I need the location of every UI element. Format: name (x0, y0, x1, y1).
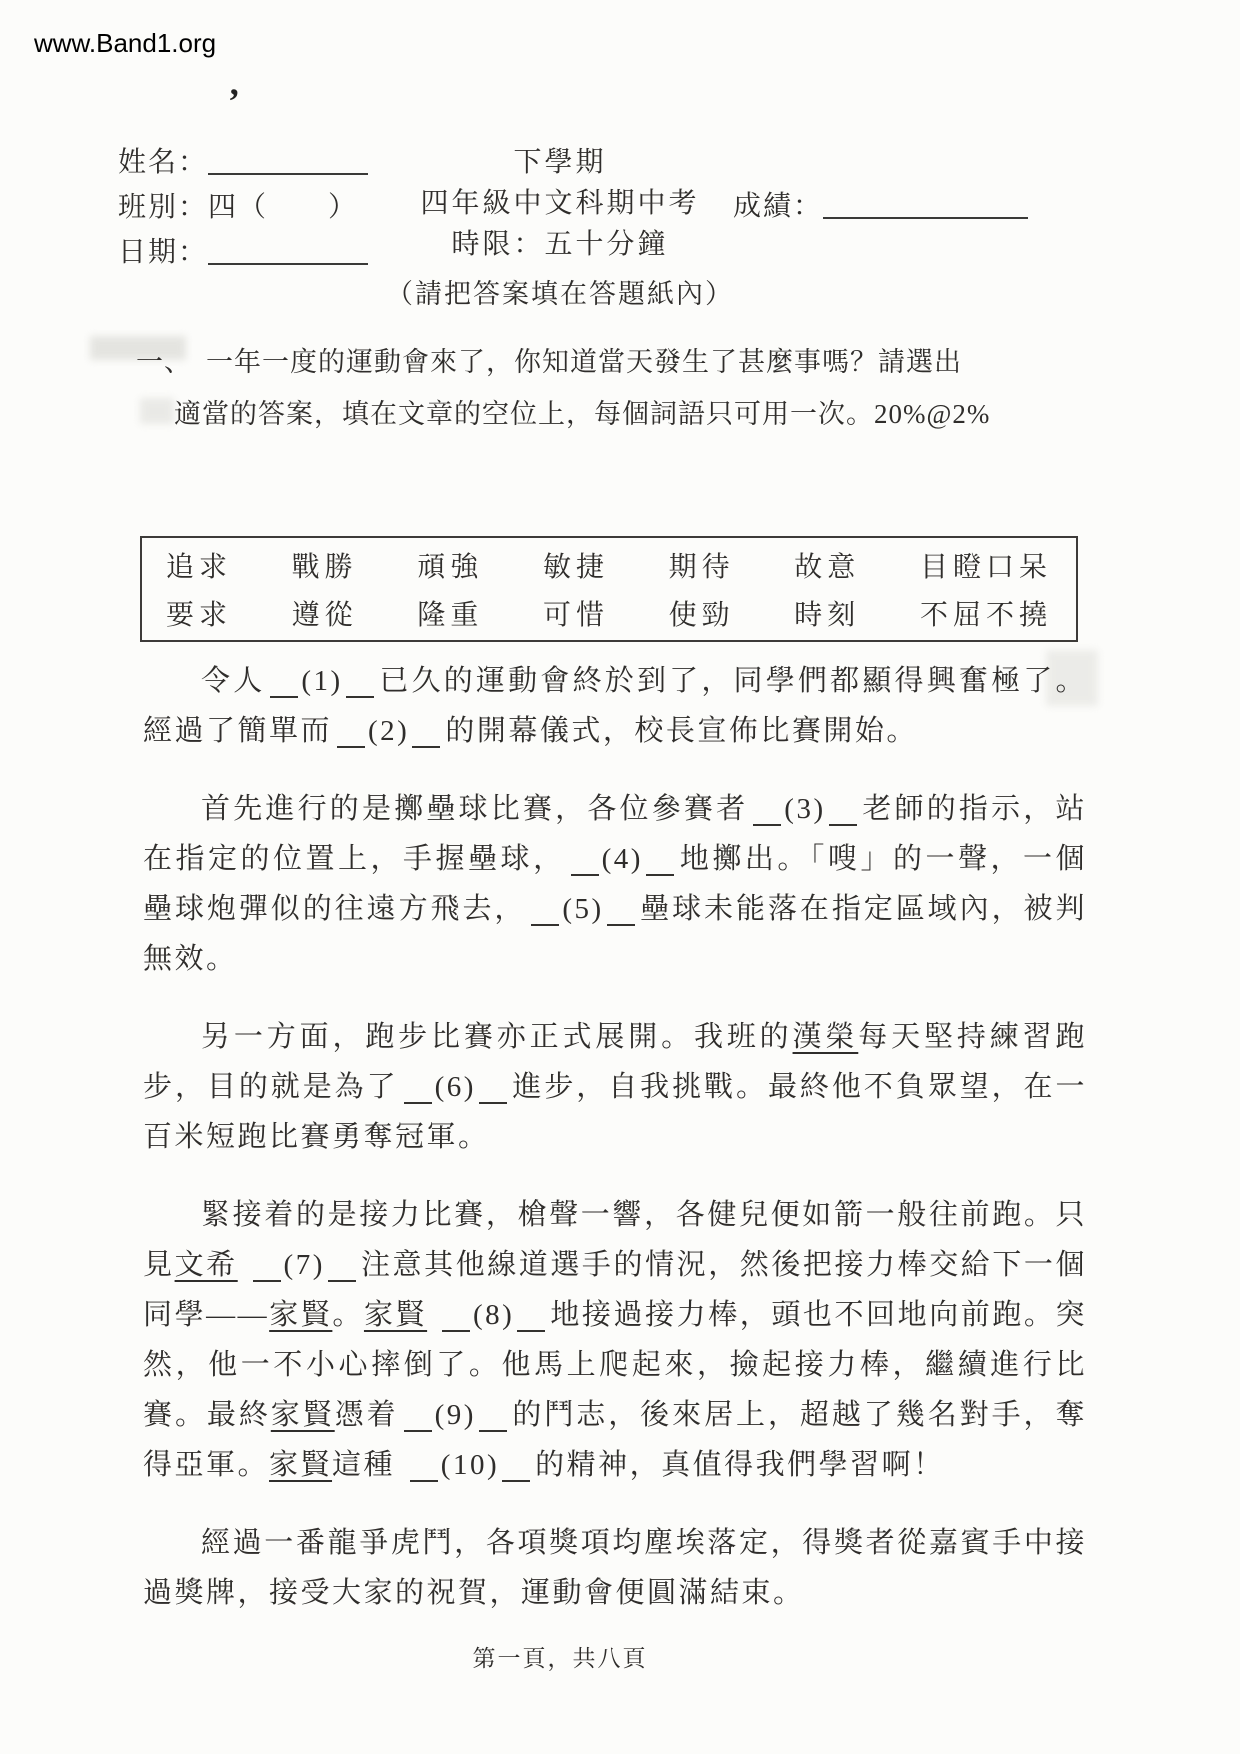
class-value: 四（ ） (208, 192, 358, 223)
word-bank-item: 頑強 (417, 545, 483, 585)
name-field-row: 姓名： (118, 140, 368, 185)
passage-text (238, 1249, 248, 1281)
passage-text (427, 1299, 437, 1331)
time-limit: 時限：五十分鐘 (350, 224, 770, 265)
word-bank-item: 使勁 (669, 593, 735, 633)
watermark-url: www.Band1.org (34, 28, 216, 59)
word-bank-item: 期待 (669, 545, 735, 585)
passage-text: 另一方面，跑步比賽亦正式展開。我班的 (201, 1021, 793, 1053)
word-bank-row-2: 要求遵從隆重可惜使勁時刻不屈不撓 (166, 593, 1052, 633)
word-bank-item: 隆重 (417, 593, 483, 633)
exam-title: 四年級中文科期中考 (350, 183, 770, 224)
passage-paragraph: 令人(1)已久的運動會終於到了，同學們都顯得興奮極了。經過了簡單而(2)的開幕儀… (143, 656, 1087, 756)
word-bank-row-1: 追求戰勝頑強敏捷期待故意目瞪口呆 (166, 545, 1052, 585)
name-blank-line (208, 147, 368, 175)
word-bank-item: 戰勝 (292, 545, 358, 585)
question1-intro: 一、一年一度的運動會來了，你知道當天發生了甚麼事嗎？請選出 適當的答案，填在文章… (136, 336, 1136, 440)
passage-paragraph: 緊接着的是接力比賽，槍聲一響，各健兒便如箭一般往前跑。只見文希 (7)注意其他線… (143, 1190, 1087, 1490)
date-blank-line (208, 237, 368, 265)
fill-in-blank: (1) (265, 665, 378, 697)
passage-text: 。 (332, 1299, 364, 1331)
fill-in-blank: (2) (332, 715, 445, 747)
exam-title-block: 下學期 四年級中文科期中考 時限：五十分鐘 (350, 142, 770, 265)
fill-in-blank: (3) (748, 793, 861, 825)
fill-in-blank: (10) (405, 1449, 535, 1481)
class-label: 班別： (118, 192, 208, 223)
word-bank-item: 時刻 (794, 593, 860, 633)
passage-paragraph: 首先進行的是擲壘球比賽，各位參賽者(3)老師的指示，站在指定的位置上，手握壘球，… (143, 784, 1087, 984)
word-bank-item: 追求 (166, 545, 232, 585)
fill-in-blank: (6) (399, 1071, 512, 1103)
word-bank-item: 敏捷 (543, 545, 609, 585)
fill-in-blank: (8) (437, 1299, 550, 1331)
passage-text: 首先進行的是擲壘球比賽，各位參賽者 (201, 793, 748, 825)
date-field-row: 日期： (118, 230, 368, 275)
fill-in-blank: (5) (526, 893, 639, 925)
date-label: 日期： (118, 237, 208, 268)
score-blank-line (823, 191, 1028, 219)
word-bank-box: 追求戰勝頑強敏捷期待故意目瞪口呆 要求遵從隆重可惜使勁時刻不屈不撓 (140, 536, 1078, 642)
student-fields: 姓名： 班別：四（ ） 日期： (118, 140, 368, 275)
word-bank-item: 目瞪口呆 (920, 545, 1052, 585)
fill-in-blank: (7) (248, 1249, 361, 1281)
passage-text: 令人 (201, 665, 265, 697)
passage-paragraph: 經過一番龍爭虎鬥，各項獎項均塵埃落定，得獎者從嘉賓手中接過獎牌，接受大家的祝賀，… (143, 1518, 1087, 1618)
passage-text: 的精神，真值得我們學習啊！ (535, 1449, 945, 1481)
word-bank-item: 可惜 (543, 593, 609, 633)
passage: 令人(1)已久的運動會終於到了，同學們都顯得興奮極了。經過了簡單而(2)的開幕儀… (143, 656, 1087, 1618)
class-field-row: 班別：四（ ） (118, 185, 368, 230)
passage-text: 憑着 (335, 1399, 399, 1431)
fill-in-blank: (4) (566, 843, 679, 875)
word-bank-item: 遵從 (292, 593, 358, 633)
question-number: 一、 (136, 336, 206, 388)
underlined-name: 家賢 (364, 1299, 427, 1331)
passage-text: 經過一番龍爭虎鬥，各項獎項均塵埃落定，得獎者從嘉賓手中接過獎牌，接受大家的祝賀，… (143, 1527, 1087, 1609)
underlined-name: 家賢 (269, 1449, 332, 1481)
word-bank-item: 故意 (794, 545, 860, 585)
underlined-name: 漢榮 (793, 1021, 859, 1053)
underlined-name: 家賢 (271, 1399, 335, 1431)
word-bank-item: 不屈不撓 (920, 593, 1052, 633)
question1-intro-line2: 適當的答案，填在文章的空位上，每個詞語只可用一次。20%@2% (174, 388, 1136, 440)
word-bank-item: 要求 (166, 593, 232, 633)
name-label: 姓名： (118, 147, 208, 178)
exam-page: www.Band1.org ’ 姓名： 班別：四（ ） 日期： 下學期 四年級中… (0, 0, 1240, 1754)
page-footer: 第一頁，共八頁 (350, 1640, 770, 1673)
passage-paragraph: 另一方面，跑步比賽亦正式展開。我班的漢榮每天堅持練習跑步，目的就是為了(6)進步… (143, 1012, 1087, 1162)
passage-text: 的開幕儀式，校長宣佈比賽開始。 (445, 715, 918, 747)
passage-text: 這種 (332, 1449, 405, 1481)
score-field: 成績： (733, 184, 1028, 224)
underlined-name: 家賢 (269, 1299, 332, 1331)
question1-intro-line1: 一、一年一度的運動會來了，你知道當天發生了甚麼事嗎？請選出 (136, 336, 1136, 388)
answer-sheet-note: （請把答案填在答題紙內） (350, 272, 770, 311)
score-label: 成績： (733, 191, 823, 222)
question1-intro-text1: 一年一度的運動會來了，你知道當天發生了甚麼事嗎？請選出 (206, 347, 962, 377)
scan-artifact-mark: ’ (228, 80, 240, 122)
semester-title: 下學期 (350, 142, 770, 183)
fill-in-blank: (9) (399, 1399, 512, 1431)
underlined-name: 文希 (175, 1249, 238, 1281)
